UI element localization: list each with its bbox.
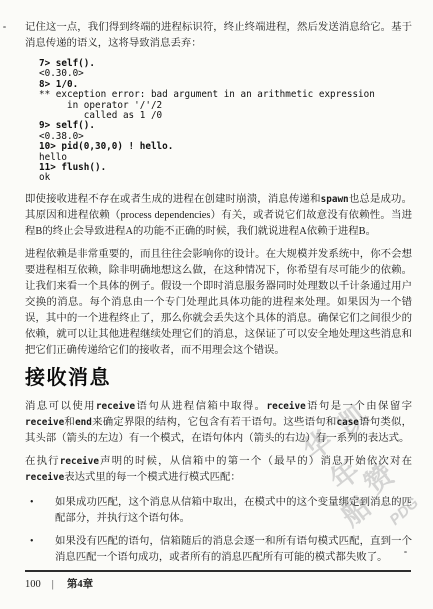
book-page: PDG 凯华年赞船 记住这一点，我们得到终端的进程标识符，终止终端进程，然后发送…	[0, 0, 433, 609]
inline-code: case	[337, 417, 359, 428]
paragraph-3: 进程依赖是非常重要的，而且往往会影响你的设计。在大规模并发系统中，你不会想要进程…	[25, 247, 412, 359]
code-line: 10> pid(0,30,0) ! hello.	[39, 142, 412, 152]
inline-code: end	[75, 417, 92, 428]
code-block: 7> self().<0.30.0>8> 1/0.** exception er…	[39, 59, 412, 184]
section-heading: 接收消息	[25, 365, 412, 391]
scan-speck	[3, 26, 6, 28]
bullet-list: •如果成功匹配，这个消息从信箱中取出，在模式中的这个变量绑定到消息的匹配部分，并…	[25, 495, 412, 566]
paragraph-2: 即使接收进程不存在或者生成的进程在创建时崩溃，消息传递和spawn也总是成功。其…	[25, 192, 412, 240]
page-number: 100	[25, 579, 41, 590]
inline-code: receive	[96, 401, 135, 412]
bullet-icon: •	[25, 534, 55, 566]
code-line: 7> self().	[39, 59, 412, 69]
code-line: <0.30.0>	[39, 69, 412, 79]
bullet-text: 如果没有匹配的语句，信箱随后的消息会逐一和所有语句模式匹配，直到一个消息匹配一个…	[55, 534, 412, 566]
bullet-item: •如果没有匹配的语句，信箱随后的消息会逐一和所有语句模式匹配，直到一个消息匹配一…	[25, 534, 412, 566]
footer-rule	[25, 570, 411, 572]
paragraph-1: 记住这一点，我们得到终端的进程标识符，终止终端进程，然后发送消息给它。基于消息传…	[25, 20, 412, 52]
bullet-text: 如果成功匹配，这个消息从信箱中取出，在模式中的这个变量绑定到消息的匹配部分，并执…	[55, 495, 412, 527]
code-line: 9> self().	[39, 121, 412, 131]
code-line: 11> flush().	[39, 163, 412, 173]
inline-code: receive	[25, 417, 64, 428]
chapter-label: 第4章	[67, 576, 93, 591]
inline-code: spawn	[321, 194, 349, 205]
inline-code: receive	[267, 401, 306, 412]
inline-code: receive	[60, 456, 99, 467]
footer-separator: |	[52, 579, 54, 590]
paragraph-4: 消息可以使用receive语句从进程信箱中取得。receive语句是一个由保留字…	[25, 399, 412, 447]
code-line: ok	[39, 173, 412, 183]
paragraph-5: 在执行receive声明的时候，从信箱中的第一个（最早的）消息开始依次对在rec…	[25, 454, 412, 486]
footer: 100 | 第4章	[25, 570, 411, 591]
page-content: 记住这一点，我们得到终端的进程标识符，终止终端进程，然后发送消息给它。基于消息传…	[25, 20, 412, 573]
footer-text: 100 | 第4章	[25, 576, 411, 591]
inline-code: receive	[25, 472, 64, 483]
bullet-icon: •	[25, 495, 55, 527]
bullet-item: •如果成功匹配，这个消息从信箱中取出，在模式中的这个变量绑定到消息的匹配部分，并…	[25, 495, 412, 527]
